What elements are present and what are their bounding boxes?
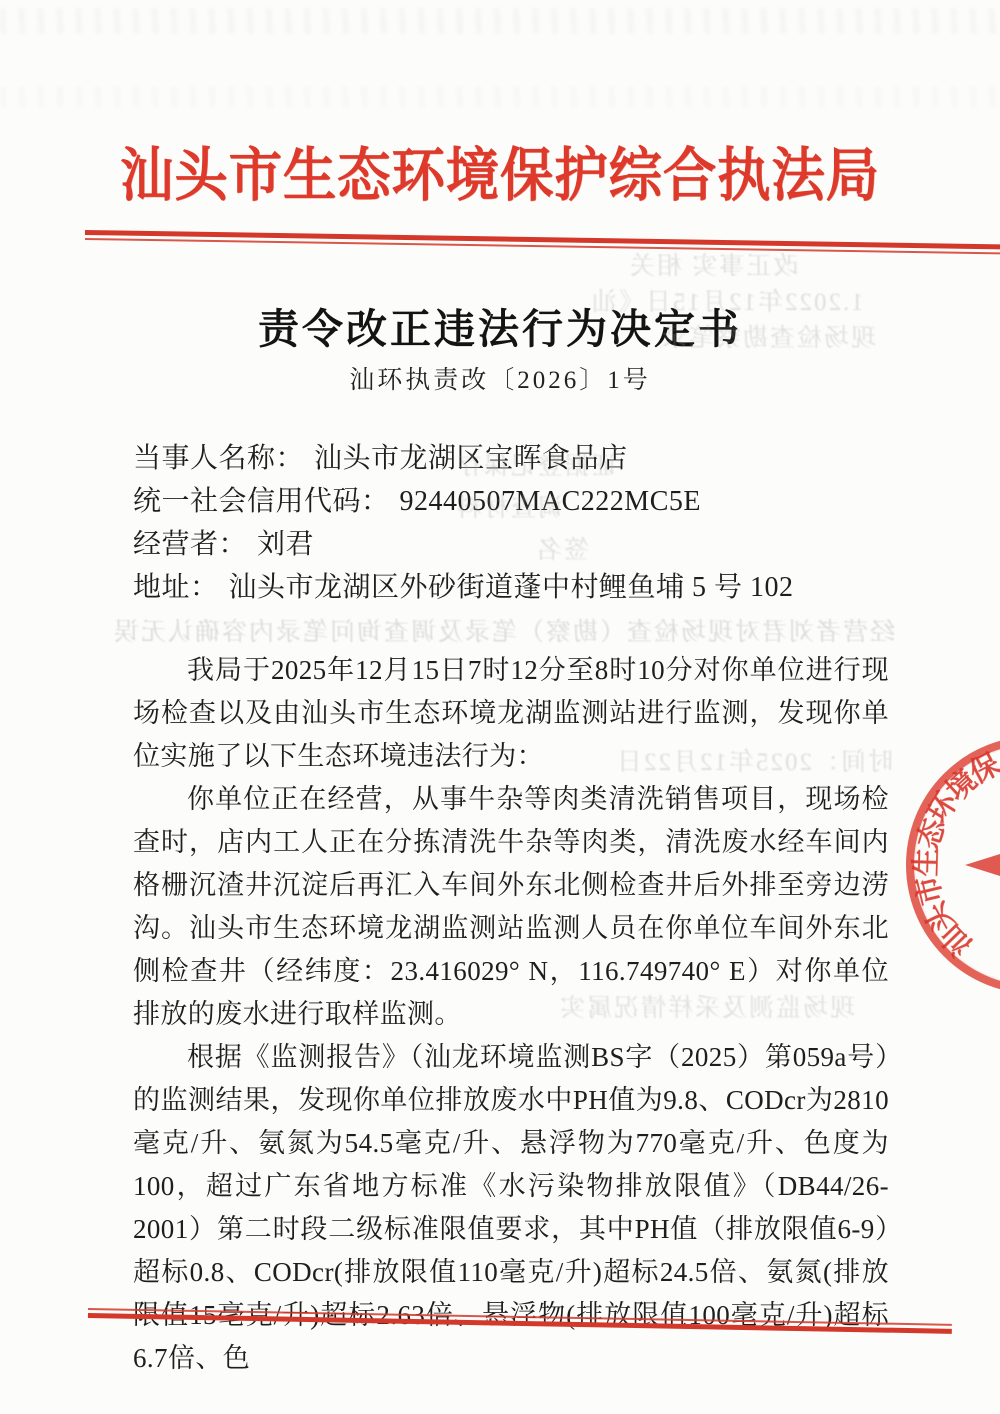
seal-character: 市 [911, 871, 950, 910]
agency-name: 汕头市生态环境保护综合执法局 [120, 128, 880, 212]
seal-character: 头 [919, 895, 962, 938]
party-name-label: 当事人名称： [133, 443, 304, 474]
bleed-through-text: 经营者刘君对现场检查（勘察）笔录及调查询问笔录内容确认无误 [112, 612, 895, 648]
body-paragraph: 你单位正在经营，从事牛杂等肉类清洗销售项目，现场检查时，店内工人正在分拣清洗牛杂… [133, 778, 889, 1036]
body-paragraph: 我局于2025年12月15日7时12分至8时10分对你单位进行现场检查以及由汕头… [133, 649, 889, 778]
party-name-value: 汕头市龙湖区宝晖食品店 [314, 443, 628, 474]
seal-star-icon [965, 795, 1000, 935]
body-text: 我局于2025年12月15日7时12分至8时10分对你单位进行现场检查以及由汕头… [133, 649, 889, 1380]
operator-label: 经营者： [133, 529, 247, 560]
credit-code-line: 统一社会信用代码：92440507MAC222MC5E [133, 480, 893, 523]
scan-noise-band [0, 86, 1000, 108]
seal-character: 环 [921, 786, 965, 830]
seal-character: 汕 [935, 917, 980, 962]
scan-noise-band [0, 8, 1000, 34]
seal-character: 生 [911, 846, 944, 879]
operator-value: 刘君 [257, 529, 314, 560]
scanned-document-page: { "document": { "agency_header": "汕头市生态环… [0, 0, 1000, 1414]
address-label: 地址： [133, 572, 219, 603]
credit-code-value: 92440507MAC222MC5E [400, 486, 701, 517]
address-line: 地址：汕头市龙湖区外砂街道蓬中村鲤鱼埔 5 号 102 [133, 566, 893, 609]
seal-character: 境 [939, 763, 984, 808]
seal-character: 保 [963, 748, 1000, 791]
party-info-block: 当事人名称：汕头市龙湖区宝晖食品店 统一社会信用代码：92440507MAC22… [133, 437, 893, 609]
seal-ring [906, 736, 1000, 994]
document-title: 责令改正违法行为决定书 [0, 296, 1000, 355]
seal-character: 态 [912, 814, 952, 854]
party-name-line: 当事人名称：汕头市龙湖区宝晖食品店 [133, 437, 893, 480]
letterhead: 汕头市生态环境保护综合执法局 [0, 128, 1000, 212]
document-number: 汕环执责改〔2026〕1号 [0, 360, 1000, 396]
credit-code-label: 统一社会信用代码： [133, 486, 390, 517]
bleed-through-text: 改正事实 相关 [628, 246, 798, 282]
address-value: 汕头市龙湖区外砂街道蓬中村鲤鱼埔 5 号 102 [229, 572, 794, 603]
operator-line: 经营者：刘君 [133, 523, 893, 566]
